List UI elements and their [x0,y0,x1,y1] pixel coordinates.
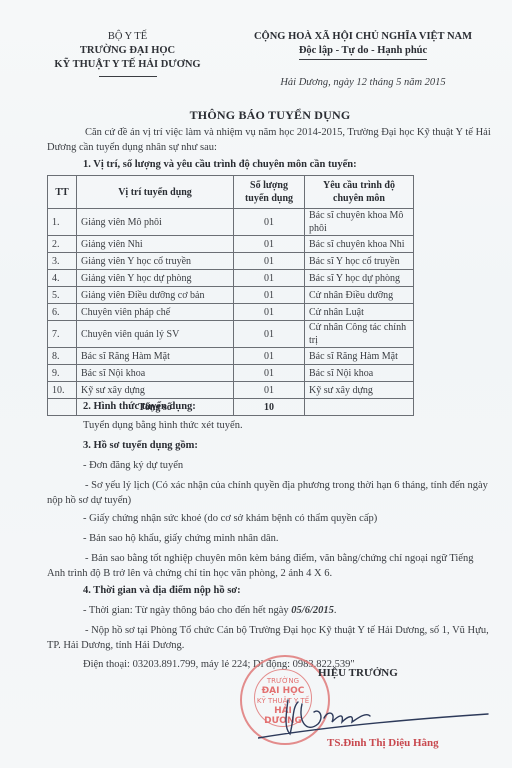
requirement-cell: Bác sĩ Y học cổ truyền [305,253,414,270]
republic-name: CỘNG HOÀ XÃ HỘI CHỦ NGHĨA VIỆT NAM [228,30,498,44]
position-cell: Chuyên viên quản lý SV [77,321,234,348]
recruitment-table: TT Vị trí tuyển dụng Số lượng tuyển dụng… [47,175,414,416]
requirement-cell: Bác sĩ chuyên khoa Nhi [305,236,414,253]
quantity-cell: 01 [234,382,305,399]
national-header: CỘNG HOÀ XÃ HỘI CHỦ NGHĨA VIỆT NAM Độc l… [228,30,498,60]
position-cell: Bác sĩ Nội khoa [77,365,234,382]
row-number: 5. [48,287,77,304]
total-tt-cell [48,399,77,416]
submission-time-prefix: - Thời gian: Từ ngày thông báo cho đến h… [83,605,291,616]
row-number: 10. [48,382,77,399]
row-number: 1. [48,209,77,236]
document-page: BỘ Y TẾ TRƯỜNG ĐẠI HỌC KỸ THUẬT Y TẾ HẢI… [0,0,512,768]
document-item-id: - Bản sao hộ khẩu, giấy chứng minh nhân … [83,533,279,544]
table-row: 7.Chuyên viên quản lý SV01Cử nhân Công t… [48,321,414,348]
national-motto: Độc lập - Tự do - Hạnh phúc [299,44,427,60]
seal-line1: TRƯỜNG [255,676,311,686]
quantity-cell: 01 [234,253,305,270]
position-cell: Giảng viên Điều dưỡng cơ bản [77,287,234,304]
position-cell: Giảng viên Nhi [77,236,234,253]
table-row: 1.Giảng viên Mô phôi01Bác sĩ chuyên khoa… [48,209,414,236]
position-cell: Giảng viên Mô phôi [77,209,234,236]
handwritten-signature [258,690,498,740]
intro-paragraph: Căn cứ đề án vị trí việc làm và nhiệm vụ… [47,125,492,155]
quantity-cell: 01 [234,304,305,321]
col-header-quantity: Số lượng tuyển dụng [234,176,305,209]
signer-name: TS.Đinh Thị Diệu Hằng [327,737,439,749]
issuer-header: BỘ Y TẾ TRƯỜNG ĐẠI HỌC KỸ THUẬT Y TẾ HẢI… [40,30,215,77]
position-cell: Chuyên viên pháp chế [77,304,234,321]
quantity-cell: 01 [234,270,305,287]
table-row: 9.Bác sĩ Nội khoa01Bác sĩ Nội khoa [48,365,414,382]
requirement-cell: Kỹ sư xây dựng [305,382,414,399]
requirement-cell: Cử nhân Luật [305,304,414,321]
table-row: 6.Chuyên viên pháp chế01Cử nhân Luật [48,304,414,321]
quantity-cell: 01 [234,321,305,348]
row-number: 2. [48,236,77,253]
table-row: 10.Kỹ sư xây dựng01Kỹ sư xây dựng [48,382,414,399]
submission-time-suffix: . [334,605,337,616]
requirement-cell: Cử nhân Điều dưỡng [305,287,414,304]
total-empty-cell [305,399,414,416]
submission-place: - Nộp hồ sơ tại Phòng Tổ chức Cán bộ Trư… [47,623,492,653]
submission-time: - Thời gian: Từ ngày thông báo cho đến h… [83,605,337,616]
table-row: 4.Giảng viên Y học dự phòng01Bác sĩ Y họ… [48,270,414,287]
quantity-cell: 01 [234,209,305,236]
table-row: 2.Giảng viên Nhi01Bác sĩ chuyên khoa Nhi [48,236,414,253]
section1-heading: 1. Vị trí, số lượng và yêu cầu trình độ … [83,159,357,170]
document-item-health: - Giấy chứng nhận sức khoẻ (do cơ sở khá… [83,513,377,524]
section2-heading: 2. Hình thức tuyển dụng: [83,401,196,412]
ministry-name: BỘ Y TẾ [40,30,215,44]
quantity-cell: 01 [234,348,305,365]
school-name-line1: TRƯỜNG ĐẠI HỌC [40,44,215,58]
school-name-line2: KỸ THUẬT Y TẾ HẢI DƯƠNG [40,58,215,72]
document-item-application: - Đơn đăng ký dự tuyển [83,460,183,471]
table-header-row: TT Vị trí tuyển dụng Số lượng tuyển dụng… [48,176,414,209]
requirement-cell: Bác sĩ Nội khoa [305,365,414,382]
requirement-cell: Bác sĩ Răng Hàm Mặt [305,348,414,365]
quantity-cell: 01 [234,236,305,253]
col-header-tt: TT [48,176,77,209]
header-divider [99,76,157,77]
col-header-requirement: Yêu cầu trình độ chuyên môn [305,176,414,209]
total-value: 10 [234,399,305,416]
section3-heading: 3. Hồ sơ tuyển dụng gồm: [83,440,198,451]
col-header-position: Vị trí tuyển dụng [77,176,234,209]
position-cell: Bác sĩ Răng Hàm Mặt [77,348,234,365]
signer-title: HIỆU TRƯỞNG [318,667,398,679]
document-item-degree: - Bản sao bằng tốt nghiệp chuyên môn kèm… [47,551,492,581]
position-cell: Kỹ sư xây dựng [77,382,234,399]
row-number: 4. [48,270,77,287]
quantity-cell: 01 [234,287,305,304]
table-row: 5.Giảng viên Điều dưỡng cơ bản01Cử nhân … [48,287,414,304]
requirement-cell: Bác sĩ Y học dự phòng [305,270,414,287]
row-number: 9. [48,365,77,382]
submission-deadline: 05/6/2015 [291,605,334,616]
position-cell: Giảng viên Y học cổ truyền [77,253,234,270]
position-cell: Giảng viên Y học dự phòng [77,270,234,287]
requirement-cell: Cử nhân Công tác chính trị [305,321,414,348]
quantity-cell: 01 [234,365,305,382]
section2-text: Tuyển dụng bằng hình thức xét tuyển. [83,420,243,431]
table-row: 3.Giảng viên Y học cổ truyền01Bác sĩ Y h… [48,253,414,270]
document-item-cv: - Sơ yếu lý lịch (Có xác nhận của chính … [47,478,492,508]
table-row: 8.Bác sĩ Răng Hàm Mặt01Bác sĩ Răng Hàm M… [48,348,414,365]
document-title: THÔNG BÁO TUYỂN DỤNG [40,108,500,123]
row-number: 3. [48,253,77,270]
row-number: 8. [48,348,77,365]
section4-heading: 4. Thời gian và địa điểm nộp hồ sơ: [83,585,241,596]
row-number: 7. [48,321,77,348]
document-date: Hải Dương, ngày 12 tháng 5 năm 2015 [228,77,498,88]
row-number: 6. [48,304,77,321]
requirement-cell: Bác sĩ chuyên khoa Mô phôi [305,209,414,236]
